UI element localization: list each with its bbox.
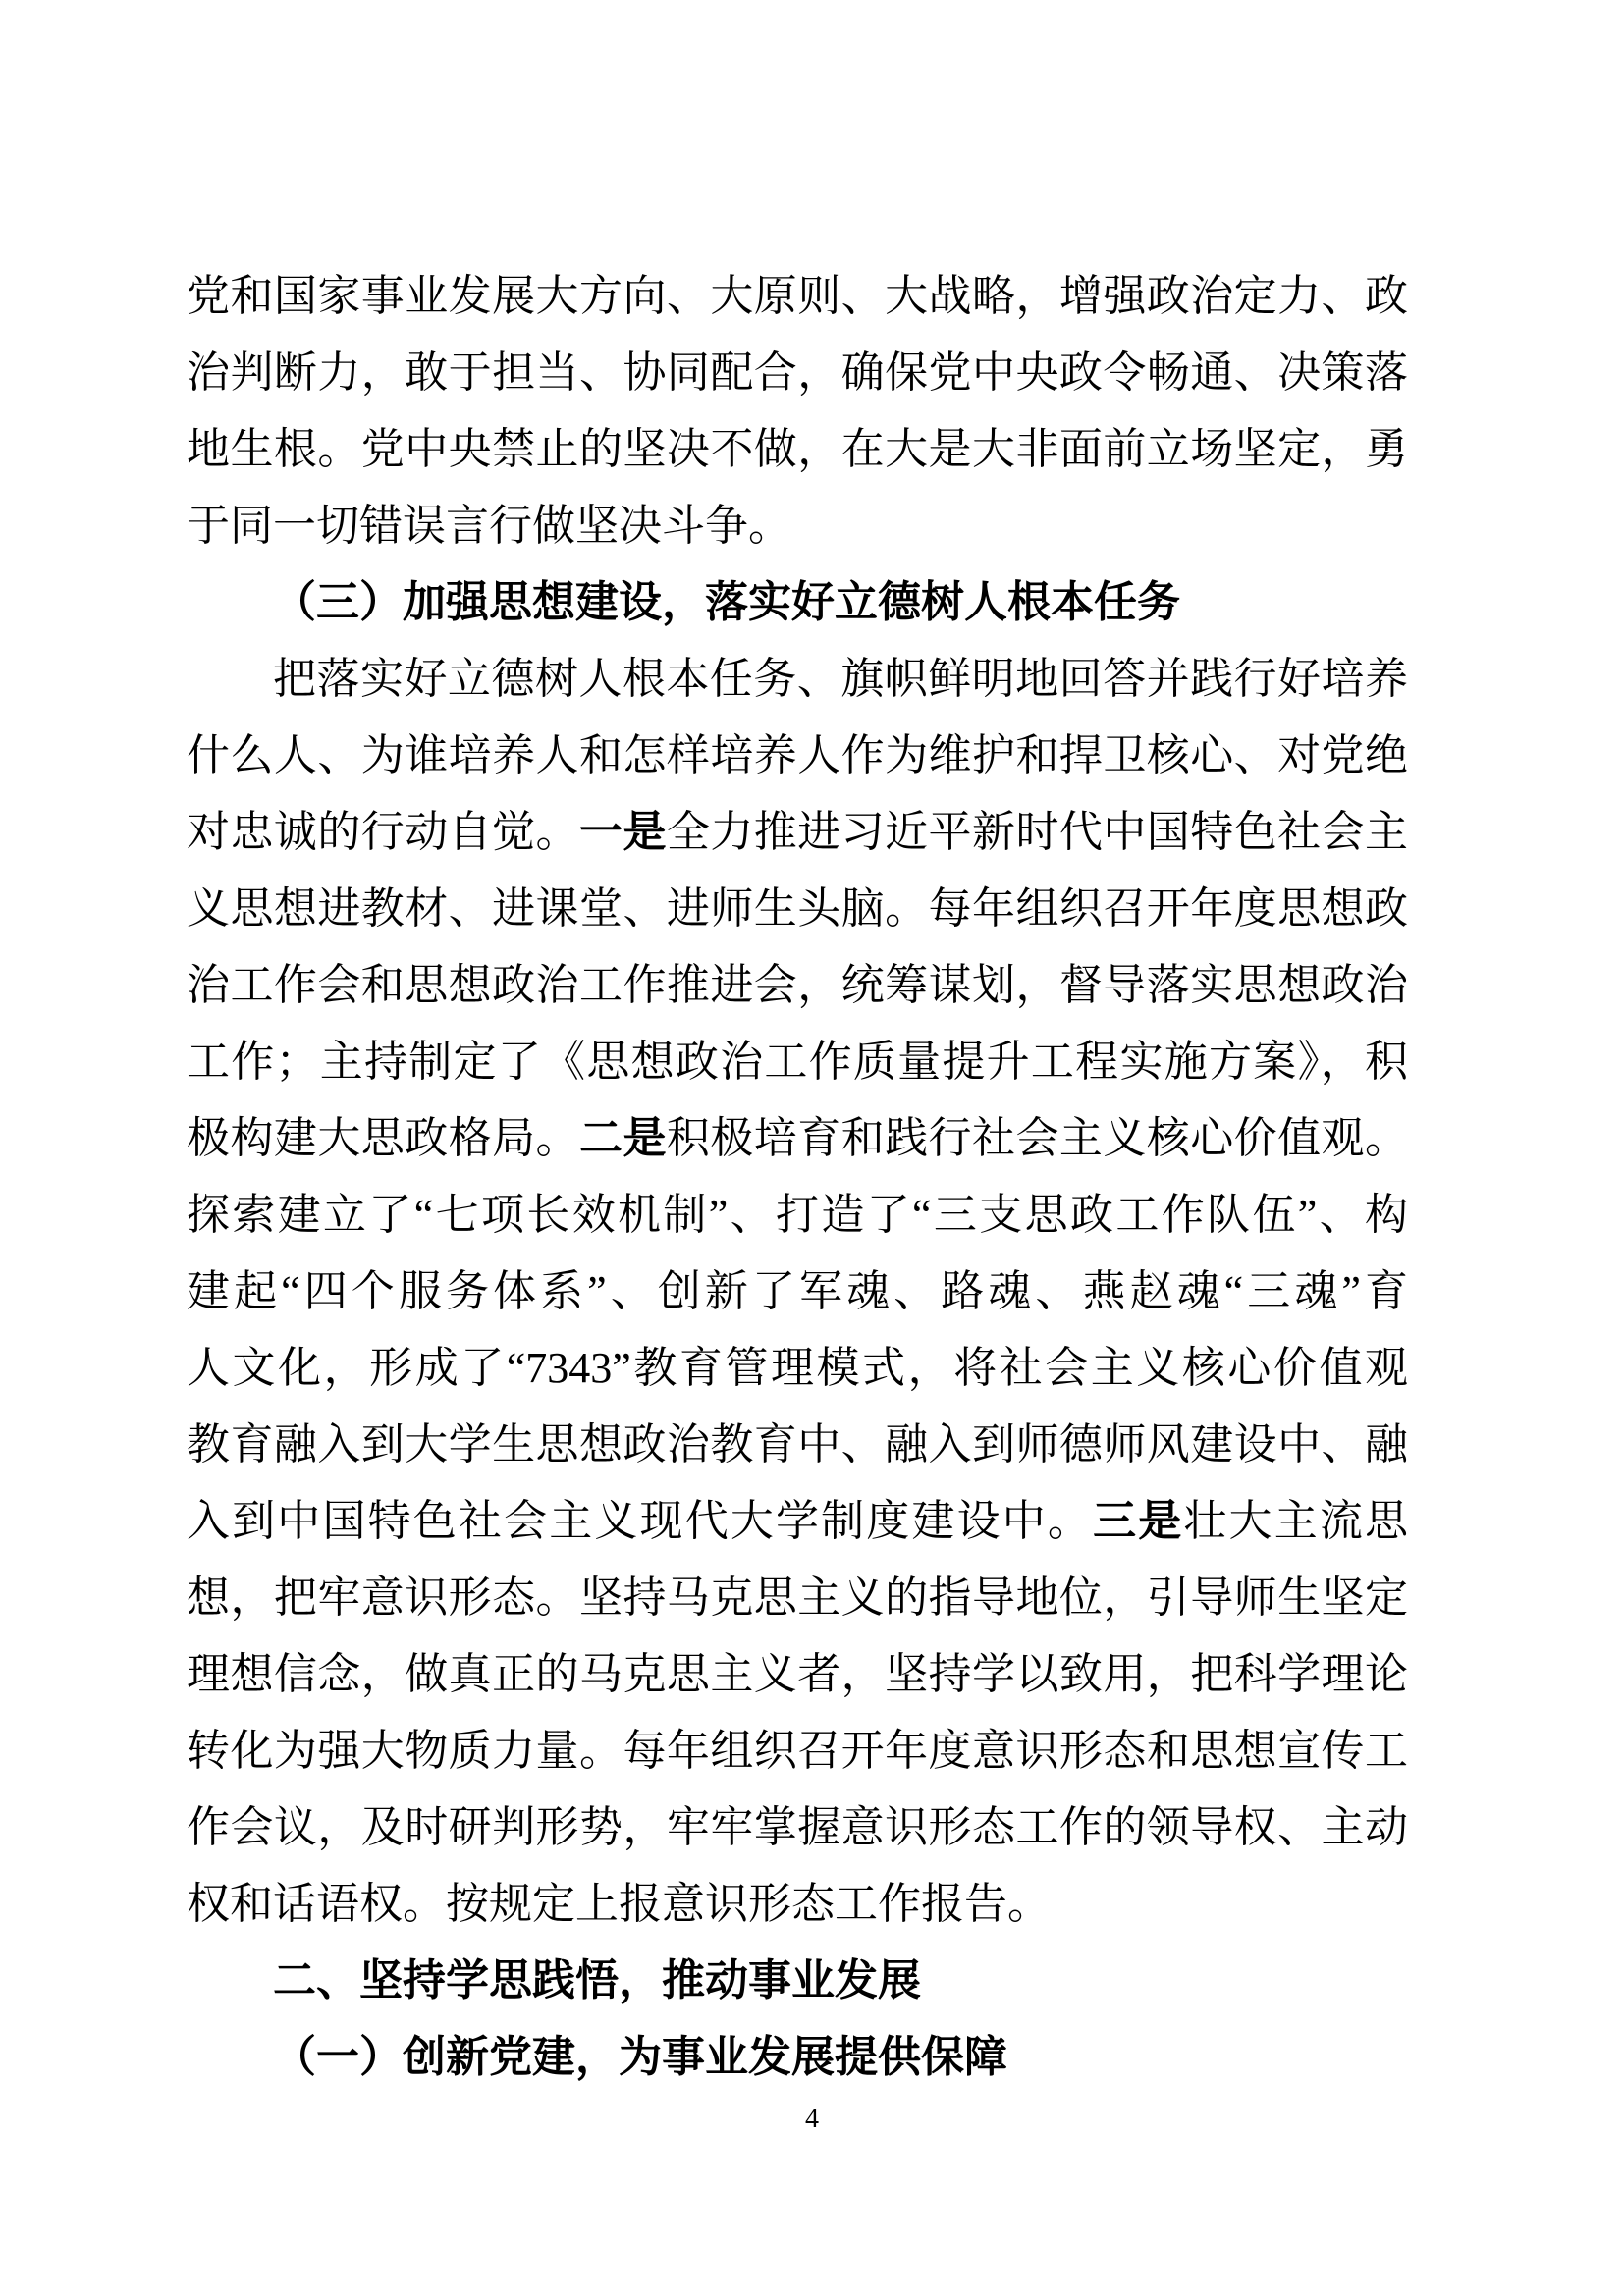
text-run: 极构建大思政格局。 bbox=[187, 1114, 579, 1162]
text-run: 党和国家事业发展大方向、大原则、大战略，增强政治定力、政 bbox=[187, 272, 1408, 320]
heading-paragraph: （三）加强思想建设，落实好立德树人根本任务 bbox=[187, 564, 1408, 641]
text-line: 把落实好立德树人根本任务、旗帜鲜明地回答并践行好培养 bbox=[187, 641, 1408, 718]
bold-text-run: 三是 bbox=[1093, 1497, 1183, 1545]
text-run: 入到中国特色社会主义现代大学制度建设中。 bbox=[187, 1497, 1093, 1545]
text-run: 人文化，形成了“7343”教育管理模式，将社会主义核心价值观 bbox=[187, 1344, 1408, 1392]
text-line: 权和话语权。按规定上报意识形态工作报告。 bbox=[187, 1866, 1408, 1943]
text-line: 治工作会和思想政治工作推进会，统筹谋划，督导落实思想政治 bbox=[187, 947, 1408, 1024]
text-line: 党和国家事业发展大方向、大原则、大战略，增强政治定力、政 bbox=[187, 258, 1408, 335]
text-run: 探索建立了“七项长效机制”、打造了“三支思政工作队伍”、构 bbox=[187, 1191, 1408, 1239]
text-line: （一）创新党建，为事业发展提供保障 bbox=[187, 2019, 1408, 2096]
text-run: 教育融入到大学生思想政治教育中、融入到师德师风建设中、融 bbox=[187, 1420, 1408, 1468]
bold-text-run: 二是 bbox=[579, 1114, 667, 1162]
document-page: 党和国家事业发展大方向、大原则、大战略，增强政治定力、政治判断力，敢于担当、协同… bbox=[0, 0, 1624, 2296]
bold-text-run: （一）创新党建，为事业发展提供保障 bbox=[273, 2033, 1007, 2081]
text-line: 入到中国特色社会主义现代大学制度建设中。三是壮大主流思 bbox=[187, 1483, 1408, 1560]
text-line: 义思想进教材、进课堂、进师生头脑。每年组织召开年度思想政 bbox=[187, 871, 1408, 947]
text-line: 想，把牢意识形态。坚持马克思主义的指导地位，引导师生坚定 bbox=[187, 1560, 1408, 1636]
text-run: 把落实好立德树人根本任务、旗帜鲜明地回答并践行好培养 bbox=[273, 655, 1408, 703]
text-line: 转化为强大物质力量。每年组织召开年度意识形态和思想宣传工 bbox=[187, 1713, 1408, 1789]
bold-text-run: （三）加强思想建设，落实好立德树人根本任务 bbox=[273, 578, 1180, 626]
text-line: 理想信念，做真正的马克思主义者，坚持学以致用，把科学理论 bbox=[187, 1636, 1408, 1713]
text-run: 对忠诚的行动自觉。 bbox=[187, 808, 579, 856]
text-run: 壮大主流思 bbox=[1183, 1497, 1408, 1545]
text-line: 作会议，及时研判形势，牢牢掌握意识形态工作的领导权、主动 bbox=[187, 1789, 1408, 1866]
text-run: 全力推进习近平新时代中国特色社会主 bbox=[667, 808, 1408, 856]
text-run: 积极培育和践行社会主义核心价值观。 bbox=[667, 1114, 1408, 1162]
body-paragraph: 党和国家事业发展大方向、大原则、大战略，增强政治定力、政治判断力，敢于担当、协同… bbox=[187, 258, 1408, 564]
text-run: 想，把牢意识形态。坚持马克思主义的指导地位，引导师生坚定 bbox=[187, 1574, 1408, 1622]
text-line: 于同一切错误言行做坚决斗争。 bbox=[187, 488, 1408, 564]
text-line: 教育融入到大学生思想政治教育中、融入到师德师风建设中、融 bbox=[187, 1407, 1408, 1483]
text-run: 什么人、为谁培养人和怎样培养人作为维护和捍卫核心、对党绝 bbox=[187, 731, 1408, 779]
text-run: 于同一切错误言行做坚决斗争。 bbox=[187, 502, 791, 550]
text-run: 义思想进教材、进课堂、进师生头脑。每年组织召开年度思想政 bbox=[187, 884, 1408, 933]
text-run: 作会议，及时研判形势，牢牢掌握意识形态工作的领导权、主动 bbox=[187, 1803, 1408, 1851]
body-paragraph: 把落实好立德树人根本任务、旗帜鲜明地回答并践行好培养什么人、为谁培养人和怎样培养… bbox=[187, 641, 1408, 1943]
text-run: 权和话语权。按规定上报意识形态工作报告。 bbox=[187, 1880, 1051, 1928]
text-run: 理想信念，做真正的马克思主义者，坚持学以致用，把科学理论 bbox=[187, 1650, 1408, 1698]
text-run: 治工作会和思想政治工作推进会，统筹谋划，督导落实思想政治 bbox=[187, 961, 1408, 1009]
text-line: 治判断力，敢于担当、协同配合，确保党中央政令畅通、决策落 bbox=[187, 335, 1408, 411]
text-line: 极构建大思政格局。二是积极培育和践行社会主义核心价值观。 bbox=[187, 1100, 1408, 1177]
bold-text-run: 一是 bbox=[579, 808, 667, 856]
text-line: 人文化，形成了“7343”教育管理模式，将社会主义核心价值观 bbox=[187, 1330, 1408, 1407]
text-line: 对忠诚的行动自觉。一是全力推进习近平新时代中国特色社会主 bbox=[187, 794, 1408, 871]
text-run: 地生根。党中央禁止的坚决不做，在大是大非面前立场坚定，勇 bbox=[187, 425, 1408, 473]
text-line: 工作；主持制定了《思想政治工作质量提升工程实施方案》，积 bbox=[187, 1024, 1408, 1100]
text-run: 建起“四个服务体系”、创新了军魂、路魂、燕赵魂“三魂”育 bbox=[187, 1267, 1408, 1315]
text-line: 二、坚持学思践悟，推动事业发展 bbox=[187, 1943, 1408, 2019]
text-line: （三）加强思想建设，落实好立德树人根本任务 bbox=[187, 564, 1408, 641]
text-line: 建起“四个服务体系”、创新了军魂、路魂、燕赵魂“三魂”育 bbox=[187, 1254, 1408, 1330]
text-run: 工作；主持制定了《思想政治工作质量提升工程实施方案》，积 bbox=[187, 1038, 1408, 1086]
text-run: 治判断力，敢于担当、协同配合，确保党中央政令畅通、决策落 bbox=[187, 348, 1408, 397]
text-run: 转化为强大物质力量。每年组织召开年度意识形态和思想宣传工 bbox=[187, 1727, 1408, 1775]
page-number: 4 bbox=[0, 2100, 1624, 2139]
text-line: 探索建立了“七项长效机制”、打造了“三支思政工作队伍”、构 bbox=[187, 1177, 1408, 1254]
heading-paragraph: （一）创新党建，为事业发展提供保障 bbox=[187, 2019, 1408, 2096]
text-line: 什么人、为谁培养人和怎样培养人作为维护和捍卫核心、对党绝 bbox=[187, 718, 1408, 794]
heading-paragraph: 二、坚持学思践悟，推动事业发展 bbox=[187, 1943, 1408, 2019]
text-line: 地生根。党中央禁止的坚决不做，在大是大非面前立场坚定，勇 bbox=[187, 411, 1408, 488]
bold-text-run: 二、坚持学思践悟，推动事业发展 bbox=[273, 1956, 921, 2004]
document-body: 党和国家事业发展大方向、大原则、大战略，增强政治定力、政治判断力，敢于担当、协同… bbox=[187, 258, 1408, 2096]
